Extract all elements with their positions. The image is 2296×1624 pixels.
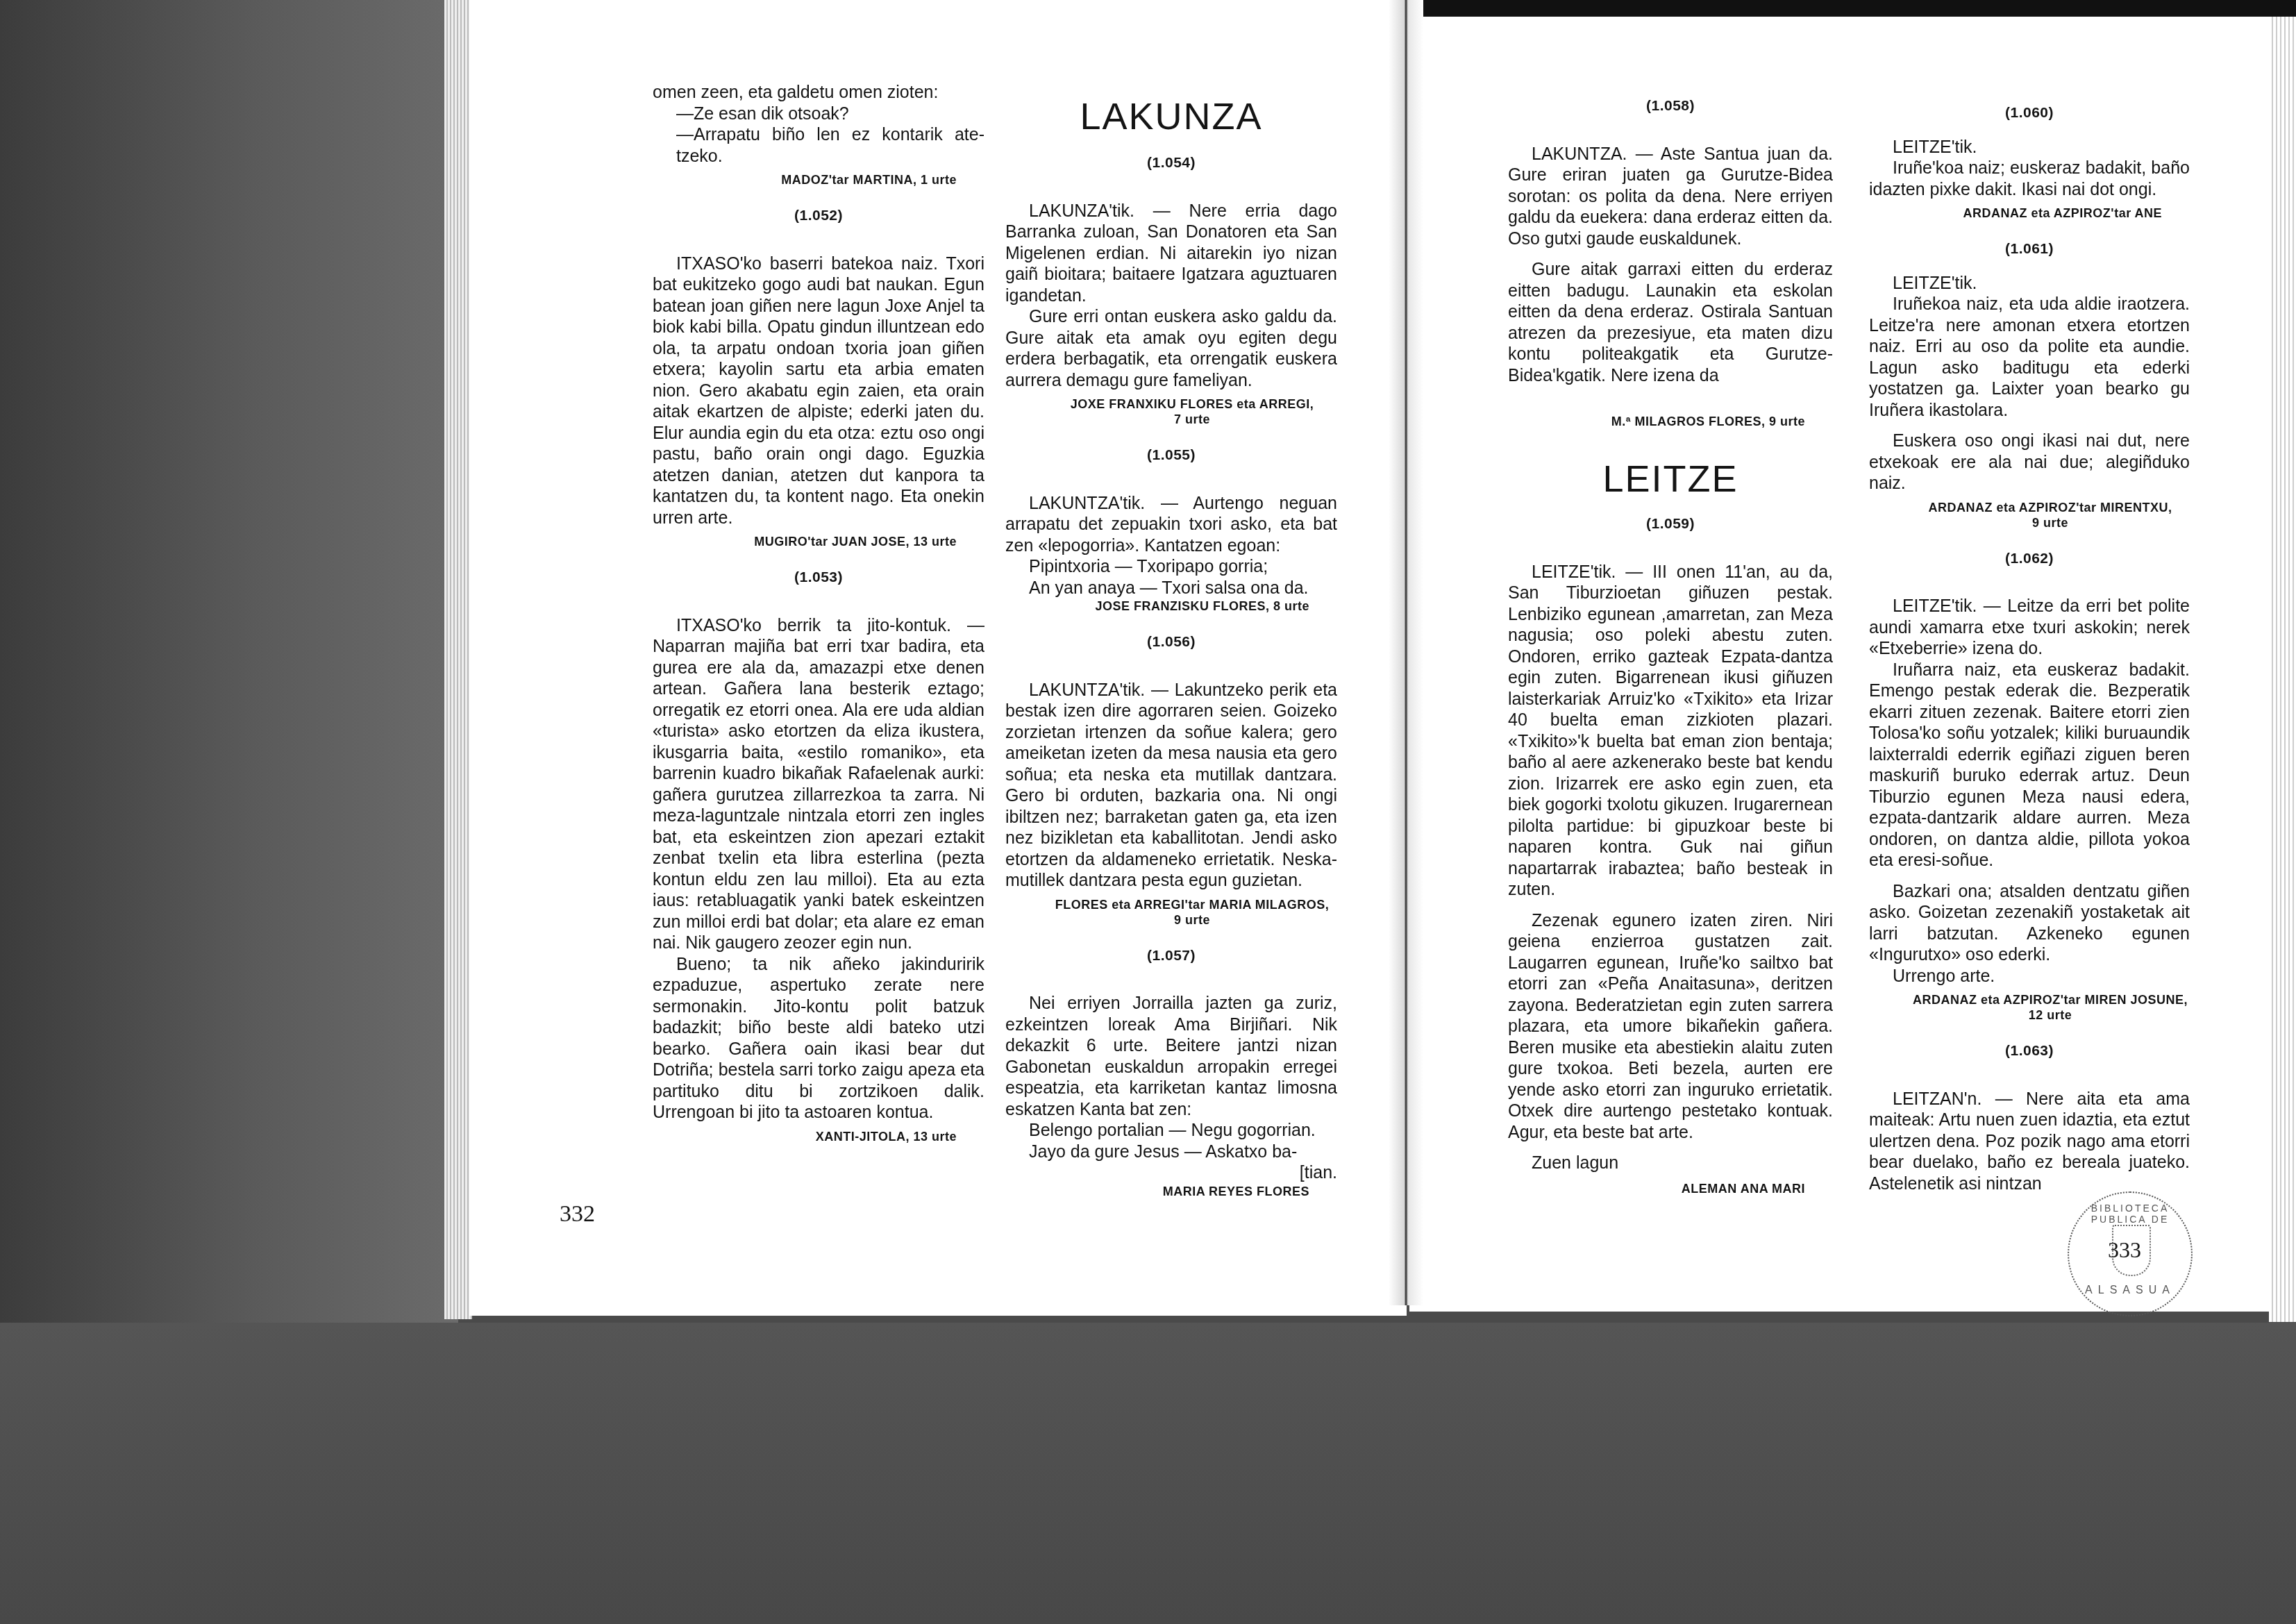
entry-number: (1.053) (653, 567, 984, 589)
signature: MUGIRO'tar JUAN JOSE, 13 urte (653, 534, 957, 549)
paragraph: LAKUNTZA'tik. — Lakuntzeko perik eta bes… (1005, 680, 1337, 891)
paragraph: LEITZE'tik. — Leitze da erri bet polite … (1869, 596, 2190, 660)
entry-number: (1.059) (1508, 514, 1833, 535)
signature: JOSE FRANZISKU FLORES, 8 urte (1005, 598, 1309, 614)
book-page-edges (444, 0, 472, 1319)
signature-name: JOXE FRANXIKU FLORES eta ARREGI, (1047, 396, 1337, 412)
entry-number: (1.052) (653, 206, 984, 227)
paragraph: Euskera oso ongi ikasi nai dut, nere etx… (1869, 430, 2190, 494)
signature: ARDANAZ eta AZPIROZ'tar MIRENTXU, 9 urte (1869, 500, 2190, 530)
library-stamp: BIBLIOTECA PUBLICA DE 333 ALSASUA (2068, 1191, 2193, 1316)
paragraph: LEITZE'tik. (1869, 273, 2190, 294)
verse-line: Jayo da gure Jesus — Askatxo ba- (1005, 1141, 1337, 1163)
signature: XANTI-JITOLA, 13 urte (653, 1129, 957, 1144)
paragraph: LEITZE'tik. (1869, 137, 2190, 158)
text-line: omen zeen, eta galdetu omen zioten: (653, 82, 984, 103)
signature-name: ARDANAZ eta AZPIROZ'tar MIREN JOSUNE, (1911, 992, 2190, 1007)
signature-age: 7 urte (1047, 412, 1337, 427)
signature: JOXE FRANXIKU FLORES eta ARREGI, 7 urte (1005, 396, 1337, 427)
verse-line: Belengo portalian — Negu gogorrian. (1005, 1120, 1337, 1141)
paragraph: LAKUNZA'tik. — Nere erria dago Barranka … (1005, 201, 1337, 307)
paragraph: ITXASO'ko baserri batekoa naiz. Txori ba… (653, 253, 984, 529)
signature: M.ª MILAGROS FLORES, 9 urte (1508, 414, 1805, 429)
signature: ARDANAZ eta AZPIROZ'tar ANE (1869, 206, 2162, 221)
signature: ALEMAN ANA MARI (1508, 1181, 1805, 1196)
paragraph: ITXASO'ko berrik ta jito-kontuk. — Napar… (653, 615, 984, 954)
entry-number: (1.054) (1005, 153, 1337, 174)
paragraph: Iruñarra naiz, eta euskeraz badakit. Eme… (1869, 660, 2190, 871)
signature-age: 9 urte (1047, 912, 1337, 928)
entry-number: (1.055) (1005, 445, 1337, 467)
stamp-bottom-text: ALSASUA (2083, 1284, 2177, 1297)
paragraph: LAKUNTZA'tik. — Aurtengo neguan arrapatu… (1005, 493, 1337, 557)
stamp-top-text: BIBLIOTECA PUBLICA DE (2083, 1203, 2177, 1225)
paragraph: Bazkari ona; atsalden dentzatu giñen ask… (1869, 881, 2190, 966)
section-heading-lakunza: LAKUNZA (1005, 94, 1337, 139)
verse-line: Pipintxoria — Txoripapo gorria; (1005, 556, 1337, 578)
signature: FLORES eta ARREGI'tar MARIA MILAGROS, 9 … (1005, 897, 1337, 928)
right-page-column-2: (1.060) LEITZE'tik. Iruñe'koa naiz; eusk… (1869, 90, 2190, 1194)
signature-age: 9 urte (1911, 515, 2190, 530)
paragraph: Gure aitak garraxi eitten du erderaz eit… (1508, 259, 1833, 386)
background-bottom (0, 1323, 2296, 1624)
entry-number: (1.062) (1869, 549, 2190, 570)
page-number-right: 333 (2108, 1237, 2141, 1263)
paragraph: Gure erri ontan euskera asko galdu da. G… (1005, 306, 1337, 391)
signature: MADOZ'tar MARTINA, 1 urte (653, 172, 957, 187)
signature-age: 12 urte (1911, 1007, 2190, 1023)
entry-number: (1.063) (1869, 1041, 2190, 1062)
background-top-right (1402, 0, 2296, 18)
left-page-column-1: omen zeen, eta galdetu omen zioten: —Ze … (653, 82, 984, 1144)
paragraph: LEITZE'tik. — III onen 11'an, au da, San… (1508, 562, 1833, 901)
signature-name: ARDANAZ eta AZPIROZ'tar MIRENTXU, (1911, 500, 2190, 515)
text-line: —Arrapatu biño len ez kontarik ate-tzeko… (653, 124, 984, 167)
entry-number: (1.061) (1869, 239, 2190, 260)
text-line: —Ze esan dik otsoak? (653, 103, 984, 125)
verse-line: [tian. (1005, 1162, 1337, 1184)
right-page-edges (2269, 17, 2296, 1322)
paragraph: Iruñe'koa naiz; euskeraz badakit, baño i… (1869, 158, 2190, 200)
left-page-column-2: LAKUNZA (1.054) LAKUNZA'tik. — Nere erri… (1005, 89, 1337, 1199)
paragraph: Zuen lagun (1508, 1153, 1833, 1174)
entry-number: (1.057) (1005, 946, 1337, 967)
paragraph: Nei erriyen Jorrailla jazten ga zuriz, e… (1005, 993, 1337, 1120)
verse-line: An yan anaya — Txori salsa ona da. (1005, 578, 1337, 599)
paragraph: LAKUNTZA. — Aste Santua juan da. Gure er… (1508, 144, 1833, 250)
paragraph: Urrengo arte. (1869, 966, 2190, 987)
paragraph: Bueno; ta nik añeko jakinduririk ezpaduz… (653, 954, 984, 1123)
book-gutter (1389, 0, 1423, 1305)
paragraph: LEITZAN'n. — Nere aita eta ama maiteak: … (1869, 1089, 2190, 1195)
section-heading-leitze: LEITZE (1508, 457, 1833, 501)
paragraph: Iruñekoa naiz, eta uda aldie iraotzera. … (1869, 294, 2190, 421)
entry-number: (1.056) (1005, 632, 1337, 653)
paragraph: Zezenak egunero izaten ziren. Niri geien… (1508, 910, 1833, 1144)
signature: ARDANAZ eta AZPIROZ'tar MIREN JOSUNE, 12… (1869, 992, 2190, 1023)
entry-number: (1.058) (1508, 96, 1833, 117)
page-number-left: 332 (560, 1201, 595, 1228)
signature: MARIA REYES FLORES (1005, 1184, 1309, 1199)
signature-name: FLORES eta ARREGI'tar MARIA MILAGROS, (1047, 897, 1337, 912)
entry-number: (1.060) (1869, 103, 2190, 124)
right-page-column-1: (1.058) LAKUNTZA. — Aste Santua juan da.… (1508, 83, 1833, 1196)
